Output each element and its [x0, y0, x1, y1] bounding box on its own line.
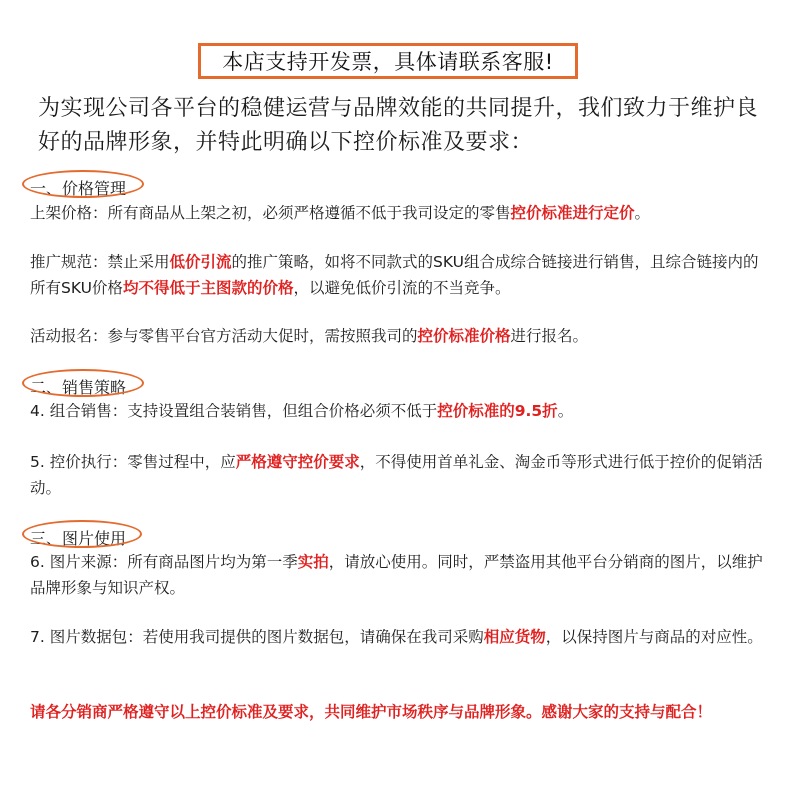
orange-circle-mark	[22, 520, 142, 548]
highlight-text: 实拍	[298, 553, 329, 571]
body-text: 推广规范：禁止采用	[30, 253, 170, 271]
paragraph-image-source: 6. 图片来源：所有商品图片均为第一季实拍，请放心使用。同时，严禁盗用其他平台分…	[30, 549, 770, 601]
highlight-text: 严格遵守控价要求	[236, 453, 360, 471]
paragraph-event-signup: 活动报名：参与零售平台官方活动大促时，需按照我司的控价标准价格进行报名。	[30, 323, 770, 349]
body-text: 6. 图片来源：所有商品图片均为第一季	[30, 553, 298, 571]
body-text: 。	[635, 204, 651, 222]
invoice-banner: 本店支持开发票，具体请联系客服!	[198, 43, 578, 79]
highlight-text: 相应货物	[484, 628, 546, 646]
body-text: 7. 图片数据包：若使用我司提供的图片数据包，请确保在我司采购	[30, 628, 484, 646]
invoice-banner-text: 本店支持开发票，具体请联系客服!	[222, 46, 553, 76]
section-heading-sales-strategy: 二、销售策略	[30, 375, 126, 398]
paragraph-listing-price: 上架价格：所有商品从上架之初，必须严格遵循不低于我司设定的零售控价标准进行定价。	[30, 200, 770, 226]
paragraph-price-enforcement: 5. 控价执行：零售过程中，应严格遵守控价要求，不得使用首单礼金、淘金币等形式进…	[30, 449, 770, 501]
body-text: 4. 组合销售：支持设置组合装销售，但组合价格必须不低于	[30, 402, 437, 420]
paragraph-image-package: 7. 图片数据包：若使用我司提供的图片数据包，请确保在我司采购相应货物，以保持图…	[30, 624, 770, 650]
highlight-text: 控价标准进行定价	[511, 204, 635, 222]
highlight-text: 控价标准价格	[418, 327, 511, 345]
highlight-text: 均不得低于主图款的价格	[123, 279, 294, 297]
body-text: ，以避免低价引流的不当竞争。	[293, 279, 510, 297]
highlight-text: 控价标准的9.5折	[437, 402, 557, 420]
body-text: 。	[558, 402, 574, 420]
body-text: ，以保持图片与商品的对应性。	[546, 628, 763, 646]
body-text: 上架价格：所有商品从上架之初，必须严格遵循不低于我司设定的零售	[30, 204, 511, 222]
body-text: 进行报名。	[511, 327, 589, 345]
body-text: 活动报名：参与零售平台官方活动大促时，需按照我司的	[30, 327, 418, 345]
orange-circle-mark	[22, 170, 144, 198]
orange-circle-mark	[22, 369, 144, 397]
highlight-text: 低价引流	[170, 253, 232, 271]
paragraph-promotion-rules: 推广规范：禁止采用低价引流的推广策略，如将不同款式的SKU组合成综合链接进行销售…	[30, 249, 770, 301]
section-heading-price-management: 一、价格管理	[30, 176, 126, 199]
closing-notice: 请各分销商严格遵守以上控价标准及要求，共同维护市场秩序与品牌形象。感谢大家的支持…	[30, 698, 770, 726]
body-text: 5. 控价执行：零售过程中，应	[30, 453, 236, 471]
intro-paragraph: 为实现公司各平台的稳健运营与品牌效能的共同提升，我们致力于维护良好的品牌形象，并…	[38, 92, 778, 160]
section-heading-image-usage: 三、图片使用	[30, 526, 126, 549]
paragraph-bundle-sales: 4. 组合销售：支持设置组合装销售，但组合价格必须不低于控价标准的9.5折。	[30, 398, 770, 424]
